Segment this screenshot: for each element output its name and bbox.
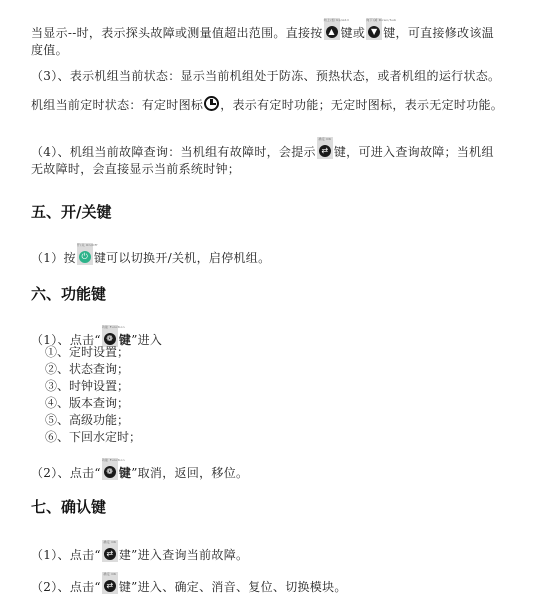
function-key-icon: 功能 Function❁: [102, 325, 118, 347]
text: 键: [119, 466, 131, 480]
text: （1）、点击“: [31, 548, 101, 562]
paragraph-range-error: 当显示--时，表示探头故障或测量值超出范围。直接按向上/加 Up/Add▲键或向…: [31, 18, 494, 40]
text: 键，可直接修改该温: [383, 26, 494, 40]
text: 建”进入查询当前故障。: [119, 548, 248, 562]
paragraph-fault-query: （4）、机组当前故障查询：当机组有故障时，会提示确定 OK⇄键，可进入查询故障；…: [31, 137, 494, 159]
key-caption: 确定 OK: [102, 541, 118, 544]
function-key-icon: 功能 Function❁: [102, 458, 118, 480]
text: ，表示有定时功能；无定时图标，表示无定时功能。: [220, 98, 503, 112]
key-caption: 开/关 On/Off: [77, 244, 93, 247]
text: （2）、点击“: [31, 466, 101, 480]
ok-key-icon: 确定 OK⇄: [102, 540, 118, 562]
paragraph-timer-status: 机组当前定时状态：有定时图标，表示有定时功能；无定时图标，表示无定时功能。: [31, 96, 503, 112]
paragraph-unit-status: （3）、表示机组当前状态：显示当前机组处于防冻、预热状态，或者机组的运行状态。: [31, 69, 500, 83]
text: 机组当前定时状态：有定时图标: [31, 98, 203, 112]
section-title-function-key: 六、功能键: [31, 283, 106, 304]
text: ”取消，返回，移位。: [131, 466, 248, 480]
list-item: ③、时钟设置；: [45, 379, 129, 393]
list-item: ④、版本查询；: [45, 396, 129, 410]
function-key-item-1: （1）、点击“功能 Function❁键”进入: [31, 325, 162, 347]
confirm-key-item-1: （1）、点击“确定 OK⇄建”进入查询当前故障。: [31, 540, 248, 562]
ok-key-icon: 确定 OK⇄: [317, 137, 333, 159]
text: 键，可进入查询故障；当机组: [334, 145, 494, 159]
key-caption: 确定 OK: [102, 573, 118, 576]
text: 当显示--时，表示探头故障或测量值超出范围。直接按: [31, 26, 323, 40]
text: （2）、点击“: [31, 580, 101, 594]
ok-glyph-icon: ⇄: [319, 145, 331, 157]
function-key-item-2: （2）、点击“功能 Function❁键”取消，返回，移位。: [31, 458, 248, 480]
list-item: ⑤、高级功能；: [45, 413, 129, 427]
timer-icon: [204, 96, 219, 111]
list-item: ②、状态查询；: [45, 362, 129, 376]
ok-glyph-icon: ⇄: [104, 548, 116, 560]
text: 键或: [341, 26, 366, 40]
text: （1）按: [31, 251, 76, 265]
down-sub-key-icon: 向下/减 Down/Sub▼: [366, 18, 382, 40]
text: 键可以切换开/关机，启停机组。: [94, 251, 271, 265]
ok-glyph-icon: ⇄: [104, 580, 116, 592]
power-key-icon: 开/关 On/Off⏻: [77, 243, 93, 265]
section-title-confirm-key: 七、确认键: [31, 496, 106, 517]
section-title-power-key: 五、开/关键: [31, 201, 111, 222]
confirm-key-item-2: （2）、点击“确定 OK⇄键”进入、确定、消音、复位、切换模块。: [31, 572, 347, 594]
list-item: ①、定时设置；: [45, 345, 129, 359]
list-item: ⑥、下回水定时；: [45, 430, 141, 444]
function-glyph-icon: ❁: [104, 466, 116, 478]
key-caption: 确定 OK: [317, 138, 333, 141]
function-glyph-icon: ❁: [104, 333, 116, 345]
paragraph-continuation: 度值。: [31, 43, 68, 57]
key-caption: 功能 Function: [102, 326, 118, 329]
key-caption: 向下/减 Down/Sub: [366, 19, 382, 22]
power-key-item: （1）按开/关 On/Off⏻键可以切换开/关机，启停机组。: [31, 243, 270, 265]
up-arrow-icon: ▲: [326, 26, 338, 38]
text: 键”进入、确定、消音、复位、切换模块。: [119, 580, 347, 594]
ok-key-icon: 确定 OK⇄: [102, 572, 118, 594]
up-add-key-icon: 向上/加 Up/Add▲: [324, 18, 340, 40]
power-icon: ⏻: [79, 251, 91, 263]
paragraph-continuation: 无故障时，会直接显示当前系统时钟；: [31, 162, 240, 176]
key-caption: 功能 Function: [102, 459, 118, 462]
key-caption: 向上/加 Up/Add: [324, 19, 340, 22]
down-arrow-icon: ▼: [368, 26, 380, 38]
text: ”进入: [131, 333, 162, 347]
text: （4）、机组当前故障查询：当机组有故障时，会提示: [31, 145, 316, 159]
